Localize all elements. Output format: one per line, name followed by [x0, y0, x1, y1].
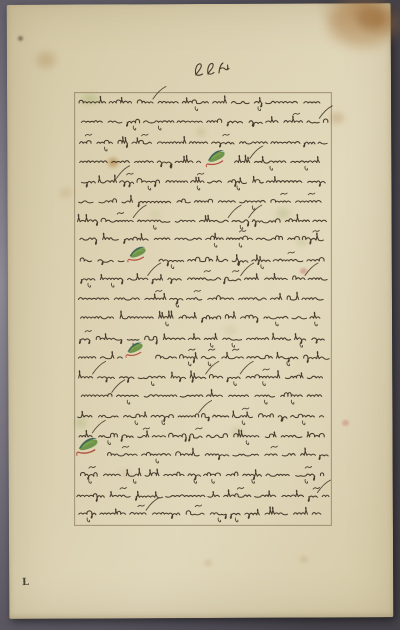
ruled-border: [74, 92, 332, 526]
corner-pencil-mark: L: [22, 577, 28, 588]
photo-backdrop: L: [0, 0, 400, 630]
